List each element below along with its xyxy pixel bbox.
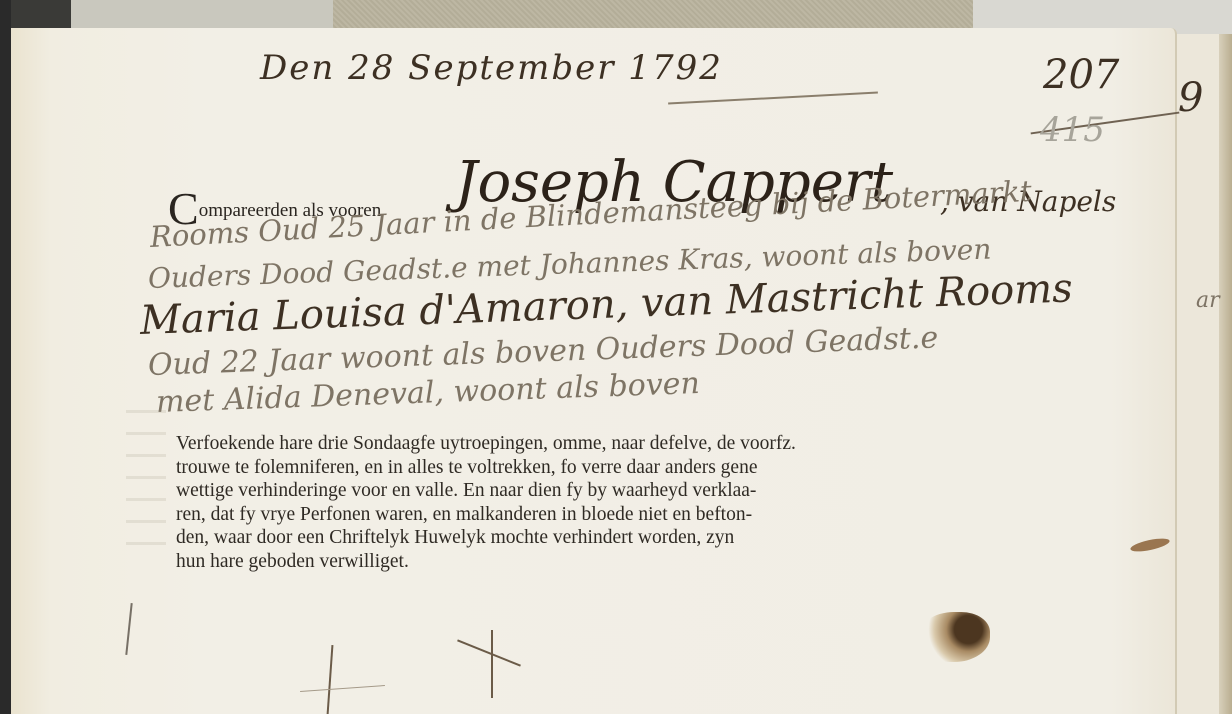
viewer-left-edge: [0, 0, 11, 714]
printed-line: wettige verhinderinge voor en valle. En …: [176, 479, 976, 503]
printed-formula-text: Verfoekende hare drie Sondaagfe uytroepi…: [176, 432, 976, 573]
show-through-text: [126, 405, 166, 545]
printed-line: den, waar door een Chriftelyk Huwelyk mo…: [176, 526, 976, 550]
ink-stain: [918, 612, 990, 662]
printed-line: trouwe te folemniferen, en in alles te v…: [176, 456, 976, 480]
printed-line: hun hare geboden verwilliget.: [176, 550, 976, 574]
printed-line: ren, dat fy vrye Perfonen waren, en malk…: [176, 503, 976, 527]
page-stack-edge: [1219, 34, 1232, 714]
adjacent-page-mark: 9: [1178, 75, 1203, 121]
folio-number: 207: [1043, 52, 1119, 98]
adjacent-page: [1172, 34, 1232, 714]
right-margin-note: ar: [1196, 288, 1220, 313]
printed-line: Verfoekende hare drie Sondaagfe uytroepi…: [176, 432, 976, 456]
old-folio-number: 415: [1040, 110, 1105, 150]
date-heading: Den 28 September 1792: [260, 48, 723, 88]
cross-mark-2-vertical: [491, 630, 493, 698]
strip-light-segment: [71, 0, 333, 30]
strip-dark-segment: [11, 0, 71, 30]
